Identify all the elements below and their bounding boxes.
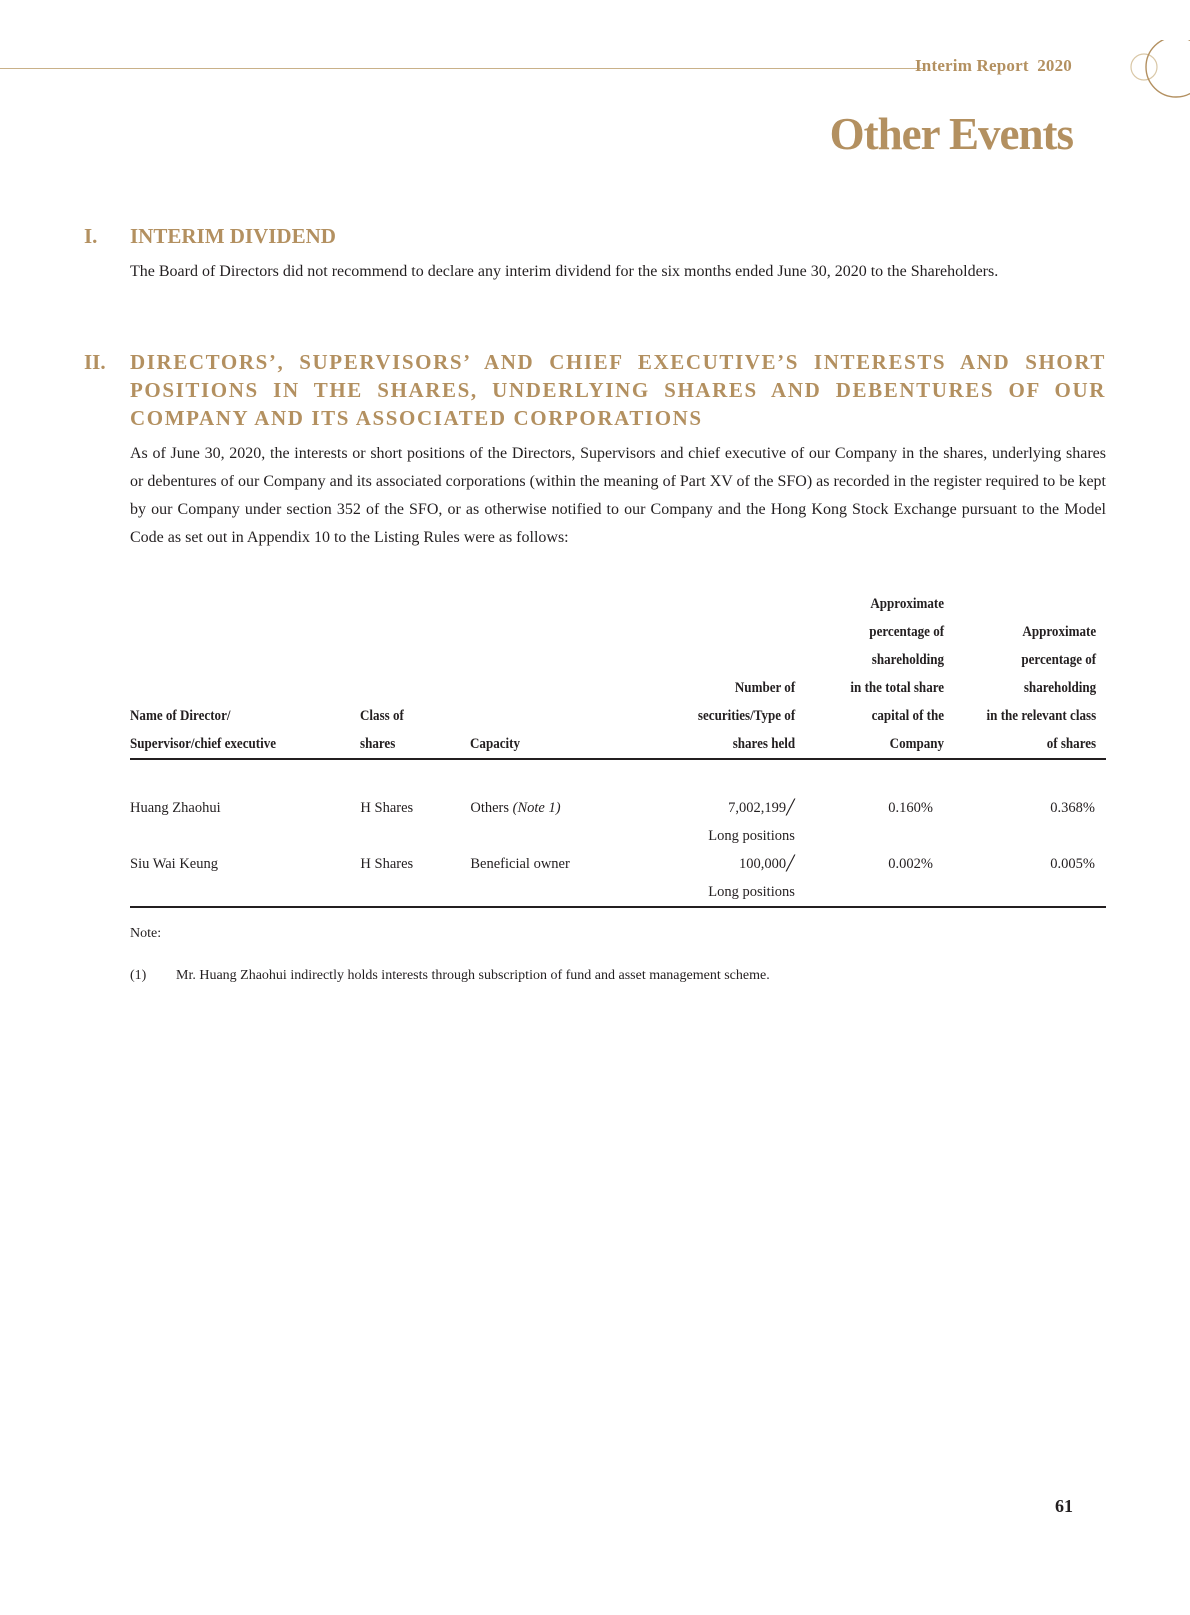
cell-capacity: Others (Note 1) (470, 759, 660, 850)
cell-class: H Shares (360, 759, 470, 850)
position-type: Long positions (661, 878, 795, 906)
header-line: securities/Type of (674, 702, 795, 730)
cell-class: H Shares (360, 850, 470, 907)
header-line: Name of Director/ (130, 702, 337, 730)
directors-interests-table: Name of Director/Supervisor/chief execut… (130, 590, 1106, 908)
cell-capacity: Beneficial owner (470, 850, 660, 907)
cell-number: 100,000╱Long positions (661, 850, 795, 907)
report-year: 2020 (1037, 56, 1072, 75)
header-line: Supervisor/chief executive (130, 730, 337, 758)
header-line: Approximate (810, 590, 944, 618)
header-line: Company (810, 730, 944, 758)
col-header-number: Number ofsecurities/Type ofshares held (674, 590, 795, 759)
header-line: percentage of (810, 618, 944, 646)
header-line: shares (360, 730, 459, 758)
cell-pct-total: 0.160% (795, 759, 944, 850)
header-line: Approximate (960, 618, 1096, 646)
position-type: Long positions (661, 822, 795, 850)
cell-pct-class: 0.005% (944, 850, 1106, 907)
header-rule (0, 68, 925, 69)
header-line: Capacity (470, 730, 641, 758)
page-title: Other Events (830, 108, 1073, 160)
section-number: I. (84, 222, 130, 250)
col-header-pct-total: Approximatepercentage ofshareholdingin t… (810, 590, 944, 759)
share-count: 100,000╱ (661, 850, 795, 878)
section-title: DIRECTORS’, SUPERVISORS’ AND CHIEF EXECU… (130, 348, 1106, 432)
section-number: II. (84, 348, 130, 432)
section-body: As of June 30, 2020, the interests or sh… (130, 440, 1106, 552)
header-line: in the total share (810, 674, 944, 702)
header-line: in the relevant class (960, 702, 1096, 730)
share-count: 7,002,199╱ (661, 794, 795, 822)
table-row: Huang ZhaohuiH SharesOthers (Note 1)7,00… (130, 759, 1106, 850)
col-header-capacity: Capacity (470, 590, 641, 759)
note-item: (1) Mr. Huang Zhaohui indirectly holds i… (130, 968, 770, 984)
section-title: INTERIM DIVIDEND (130, 222, 1106, 250)
note-number: (1) (130, 968, 176, 984)
cell-name: Huang Zhaohui (130, 759, 360, 850)
page-number: 61 (1055, 1496, 1073, 1517)
header-line: capital of the (810, 702, 944, 730)
note-reference: (Note 1) (509, 800, 561, 816)
header-line: shareholding (960, 674, 1096, 702)
cell-pct-class: 0.368% (944, 759, 1106, 850)
running-head: Interim Report 2020 (915, 56, 1072, 76)
section-directors-interests: II. DIRECTORS’, SUPERVISORS’ AND CHIEF E… (84, 348, 1106, 552)
cell-name: Siu Wai Keung (130, 850, 360, 907)
header-line: percentage of (960, 646, 1096, 674)
col-header-pct-class: Approximatepercentage ofshareholdingin t… (960, 590, 1106, 759)
col-header-class: Class ofshares (360, 590, 459, 759)
section-heading: II. DIRECTORS’, SUPERVISORS’ AND CHIEF E… (84, 348, 1106, 432)
table-row: Siu Wai KeungH SharesBeneficial owner100… (130, 850, 1106, 907)
notes-label: Note: (130, 926, 161, 942)
header-line: Number of (674, 674, 795, 702)
decorative-circles-icon (1120, 40, 1190, 102)
col-header-name: Name of Director/Supervisor/chief execut… (130, 590, 337, 759)
note-text: Mr. Huang Zhaohui indirectly holds inter… (176, 968, 770, 984)
header-line: shares held (674, 730, 795, 758)
cell-number: 7,002,199╱Long positions (661, 759, 795, 850)
header-line: Class of (360, 702, 459, 730)
header-line: of shares (960, 730, 1096, 758)
table-header-row: Name of Director/Supervisor/chief execut… (130, 590, 1106, 759)
section-interim-dividend: I. INTERIM DIVIDEND The Board of Directo… (84, 222, 1106, 286)
cell-pct-total: 0.002% (795, 850, 944, 907)
section-heading: I. INTERIM DIVIDEND (84, 222, 1106, 250)
header-line: shareholding (810, 646, 944, 674)
report-title: Interim Report (915, 56, 1029, 75)
section-body: The Board of Directors did not recommend… (130, 258, 1106, 286)
